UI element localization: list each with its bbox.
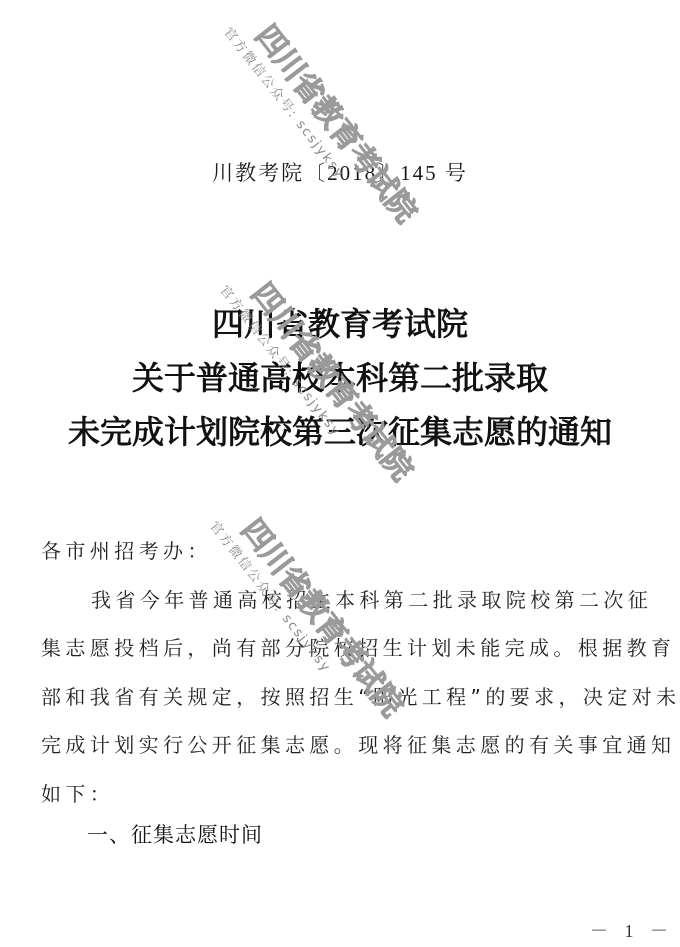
title-line-1: 四川省教育考试院 [0,297,680,351]
section-heading: 一、征集志愿时间 [87,819,263,849]
body-line: 完成计划实行公开征集志愿。现将征集志愿的有关事宜通知 [41,727,643,776]
document-body: 各市州招考办： 我省今年普通高校招生本科第二批录取院校第二次征 集志愿投档后，尚… [41,533,643,825]
document-page: 川教考院〔2018〕145 号 四川省教育考试院 关于普通高校本科第二批录取 未… [0,0,680,947]
body-line: 如下： [41,776,643,825]
watermark: 四川省教育考试院 官方微信公众号: scsjyksy [234,14,430,241]
body-line: 我省今年普通高校招生本科第二批录取院校第二次征 [41,582,643,631]
body-line: 集志愿投档后，尚有部分院校招生计划未能完成。根据教育 [41,630,643,679]
page-number: － 1 － [590,917,674,943]
salutation: 各市州招考办： [41,533,643,582]
watermark-title: 四川省教育考试院 [247,14,429,230]
document-title: 四川省教育考试院 关于普通高校本科第二批录取 未完成计划院校第三次征集志愿的通知 [0,297,680,459]
title-line-3: 未完成计划院校第三次征集志愿的通知 [0,405,680,459]
body-line: 部和我省有关规定，按照招生“阳光工程”的要求，决定对未 [41,679,643,728]
watermark-subtitle: 官方微信公众号: scsjyksy [220,23,396,241]
document-number: 川教考院〔2018〕145 号 [0,157,680,187]
title-line-2: 关于普通高校本科第二批录取 [0,351,680,405]
